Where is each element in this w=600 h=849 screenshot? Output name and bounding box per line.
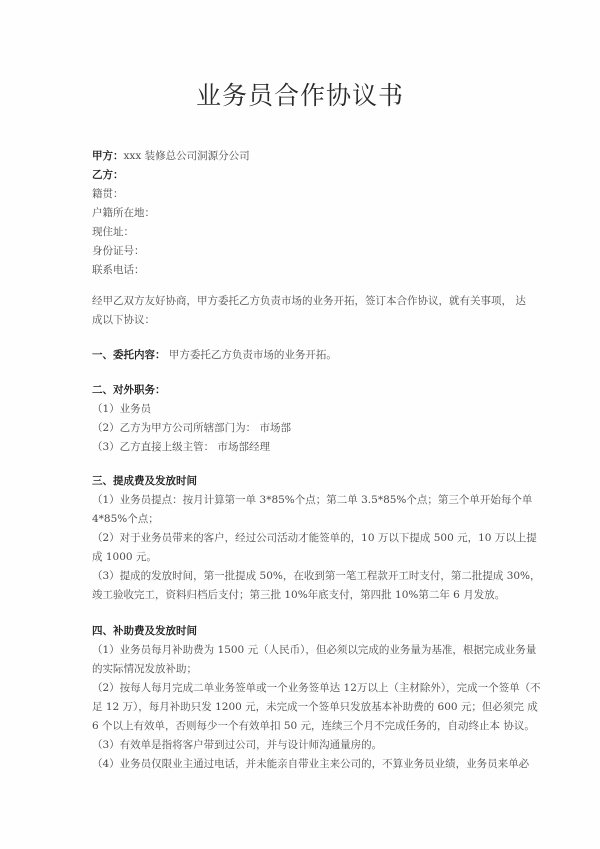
section3-line-3: （2）对于业务员带来的客户，经过公司活动才能签单的，10 万以下提成 500 元… [92,531,537,545]
document-title: 业务员合作协议书 [0,76,600,112]
field-phone: 联系电话： [92,263,145,277]
field-household-registration: 户籍所在地： [92,206,155,220]
section3-line-4: 成 1000 元。 [92,550,157,564]
field-current-address: 现住址： [92,225,134,239]
document-page: 业务员合作协议书 甲方：xxx 装修总公司洞源分公司 乙方： 籍贯： 户籍所在地… [0,0,600,849]
field-id-number: 身份证号： [92,244,145,258]
party-b-label: 乙方： [92,168,124,182]
section4-line-7: （4）业务员仅限业主通过电话，并未能亲自带业主来公司的，不算业务员业绩，业务员来… [92,757,529,771]
section2-heading: 二、对外职务： [92,383,166,397]
section1-text: 甲方委托乙方负责市场的业务开拓。 [166,349,337,361]
section3-heading: 三、提成费及发放时间 [92,474,197,488]
section4-line-3: （2）按每人每月完成二单业务签单或一个业务签单达 12万以上（主材除外），完成一… [92,681,541,695]
section2-item-2: （2）乙方为甲方公司所辖部门为： 市场部 [92,421,291,435]
section3-line-6: 竣工验收完工，资料归档后支付；第三批 10%年底支付，第四批 10%第二年 6 … [92,588,505,602]
section4-line-5: 6 个以上有效单，否则每少一个有效单扣 50 元，连续三个月不完成任务的，自动终… [92,719,535,733]
intro-line-1: 经甲乙双方友好协商，甲方委托乙方负责市场的业务开拓，签订本合作协议，就有关事项，… [92,294,526,308]
section4-line-6: （3）有效单是指将客户带到过公司，并与设计师沟通量房的。 [92,738,382,752]
section2-item-1: （1）业务员 [92,402,151,416]
section3-line-2: 4*85%个点； [92,512,159,526]
field-native-place: 籍贯： [92,187,124,201]
party-a-value: xxx 装修总公司洞源分公司 [124,150,250,162]
section4-heading: 四、补助费及发放时间 [92,624,197,638]
section4-line-1: （1）业务员每月补助费为 1500 元（人民币），但必须以完成的业务量为基准，根… [92,643,536,657]
intro-line-2: 成以下协议： [92,313,155,327]
section4-line-4: 足 12 万），每月补助只发 1200 元，未完成一个签单只发放基本补助费的 6… [92,700,538,714]
party-a-line: 甲方：xxx 装修总公司洞源分公司 [92,149,250,163]
section1-heading: 一、委托内容： [92,349,166,361]
section1-line: 一、委托内容： 甲方委托乙方负责市场的业务开拓。 [92,348,337,362]
section3-line-1: （1）业务员提点：按月计算第一单 3*85%个点；第二单 3.5*85%个点；第… [92,493,532,507]
party-a-label: 甲方： [92,150,124,162]
section3-line-5: （3）提成的发放时间，第一批提成 50%，在收到第一笔工程款开工时支付，第二批提… [92,569,541,583]
section4-line-2: 的实际情况发放补助； [92,662,197,676]
section2-item-3: （3）乙方直接上级主管： 市场部经理 [92,440,270,454]
